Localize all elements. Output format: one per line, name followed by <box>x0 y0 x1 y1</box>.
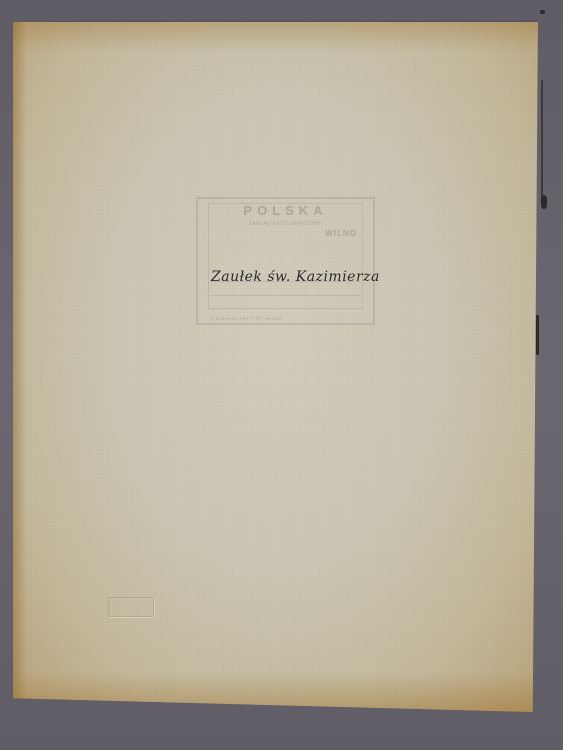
stamp-subtitle: ZAKŁAD FOTOGRAFICZNY <box>208 221 363 227</box>
stamp-rule <box>210 295 361 296</box>
photographer-stamp: POLSKA ZAKŁAD FOTOGRAFICZNY WILNO J. BUŁ… <box>196 197 375 325</box>
stamp-rule <box>210 281 361 282</box>
handwritten-caption: Zaułek św. Kazimierza <box>211 269 380 285</box>
photo-card-back: POLSKA ZAKŁAD FOTOGRAFICZNY WILNO J. BUŁ… <box>13 22 538 712</box>
stamp-title: POLSKA <box>198 203 373 218</box>
stamp-city: WILNO <box>325 229 357 238</box>
aged-left-edge <box>13 22 27 712</box>
stamp-footer: J. BUŁHAK, ART. FOT. WILNO <box>210 316 361 321</box>
aged-bottom-edge <box>13 672 538 712</box>
paper-damage <box>541 195 547 209</box>
paper-damage <box>536 315 539 355</box>
aged-top-edge <box>13 22 538 52</box>
stamp-inner-frame <box>208 203 363 309</box>
paper-damage <box>540 10 545 14</box>
paper-damage <box>541 80 543 200</box>
embossed-mark <box>108 597 154 617</box>
